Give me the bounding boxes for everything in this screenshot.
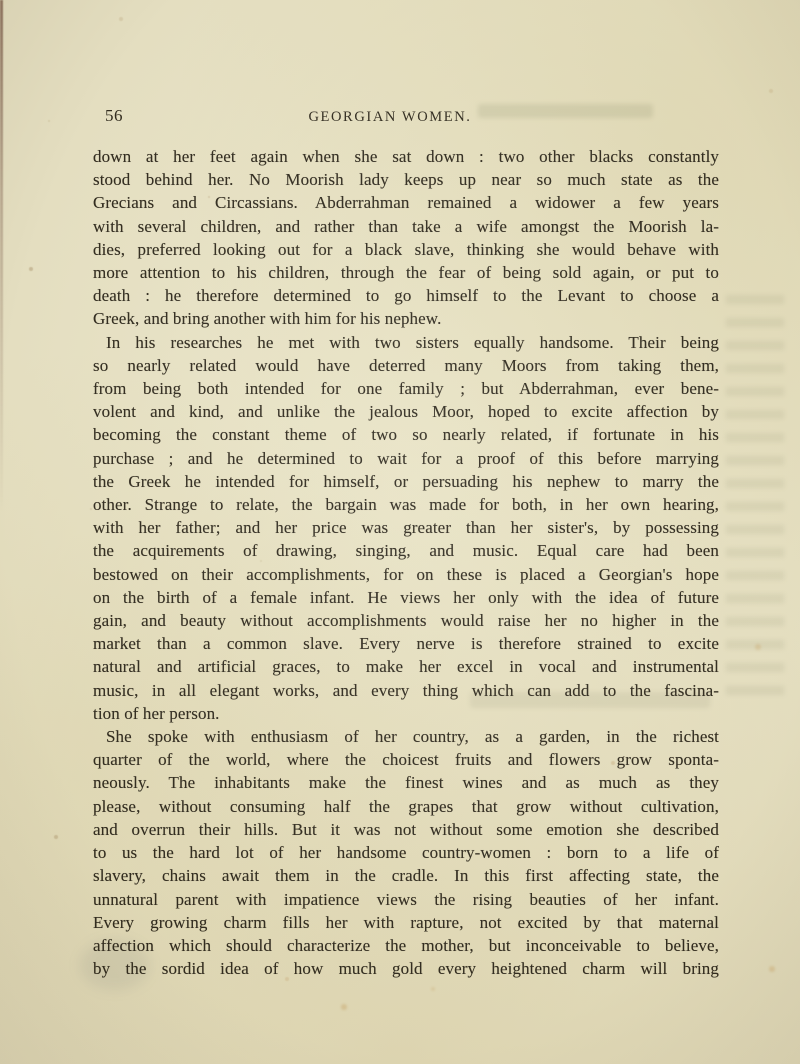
page-body: down at her feet again when she sat down…: [93, 145, 719, 980]
text-line: more attention to his children, through …: [93, 261, 719, 284]
text-line: by the sordid idea of how much gold ever…: [93, 957, 719, 980]
text-line: gain, and beauty without accomplishments…: [93, 609, 719, 632]
text-line: In his researches he met with two sister…: [93, 331, 719, 354]
text-line: the Greek he intended for himself, or pe…: [93, 470, 719, 493]
paragraph: down at her feet again when she sat down…: [93, 145, 719, 331]
text-line: bestowed on their accomplishments, for o…: [93, 563, 719, 586]
text-line: purchase ; and he determined to wait for…: [93, 447, 719, 470]
text-line: slavery, chains await them in the cradle…: [93, 864, 719, 887]
text-line: Greek, and bring another with him for hi…: [93, 307, 719, 330]
text-line: affection which should characterize the …: [93, 934, 719, 957]
text-line: quarter of the world, where the choicest…: [93, 748, 719, 771]
text-line: down at her feet again when she sat down…: [93, 145, 719, 168]
page-number: 56: [105, 106, 123, 126]
text-line: death : he therefore determined to go hi…: [93, 284, 719, 307]
text-line: from being both intended for one family …: [93, 377, 719, 400]
text-line: please, without consuming half the grape…: [93, 795, 719, 818]
page-header: 56 GEORGIAN WOMEN.: [0, 106, 800, 130]
running-header: GEORGIAN WOMEN.: [308, 109, 471, 126]
text-line: the acquirements of drawing, singing, an…: [93, 539, 719, 562]
text-line: with her father; and her price was great…: [93, 516, 719, 539]
text-line: volent and kind, and unlike the jealous …: [93, 400, 719, 423]
text-line: music, in all elegant works, and every t…: [93, 679, 719, 702]
text-line: on the birth of a female infant. He view…: [93, 586, 719, 609]
book-page: 56 GEORGIAN WOMEN. down at her feet agai…: [0, 0, 800, 1064]
text-line: becoming the constant theme of two so ne…: [93, 423, 719, 446]
text-line: She spoke with enthusiasm of her country…: [93, 725, 719, 748]
text-line: with several children, and rather than t…: [93, 215, 719, 238]
text-line: market than a common slave. Every nerve …: [93, 632, 719, 655]
paragraph: In his researches he met with two sister…: [93, 331, 719, 725]
text-line: unnatural parent with impatience views t…: [93, 888, 719, 911]
text-line: other. Strange to relate, the bargain wa…: [93, 493, 719, 516]
page-edge-shadow: [0, 0, 3, 540]
text-line: Every growing charm fills her with raptu…: [93, 911, 719, 934]
text-line: natural and artificial graces, to make h…: [93, 655, 719, 678]
text-line: to us the hard lot of her handsome count…: [93, 841, 719, 864]
text-line: neously. The inhabitants make the finest…: [93, 771, 719, 794]
text-line: Grecians and Circassians. Abderrahman re…: [93, 191, 719, 214]
text-line: dies, preferred looking out for a black …: [93, 238, 719, 261]
paragraph: She spoke with enthusiasm of her country…: [93, 725, 719, 980]
text-line: and overrun their hills. But it was not …: [93, 818, 719, 841]
text-line: so nearly related would have deterred ma…: [93, 354, 719, 377]
text-line: stood behind her. No Moorish lady keeps …: [93, 168, 719, 191]
show-through-ghost: [726, 295, 784, 695]
text-line: tion of her person.: [93, 702, 719, 725]
